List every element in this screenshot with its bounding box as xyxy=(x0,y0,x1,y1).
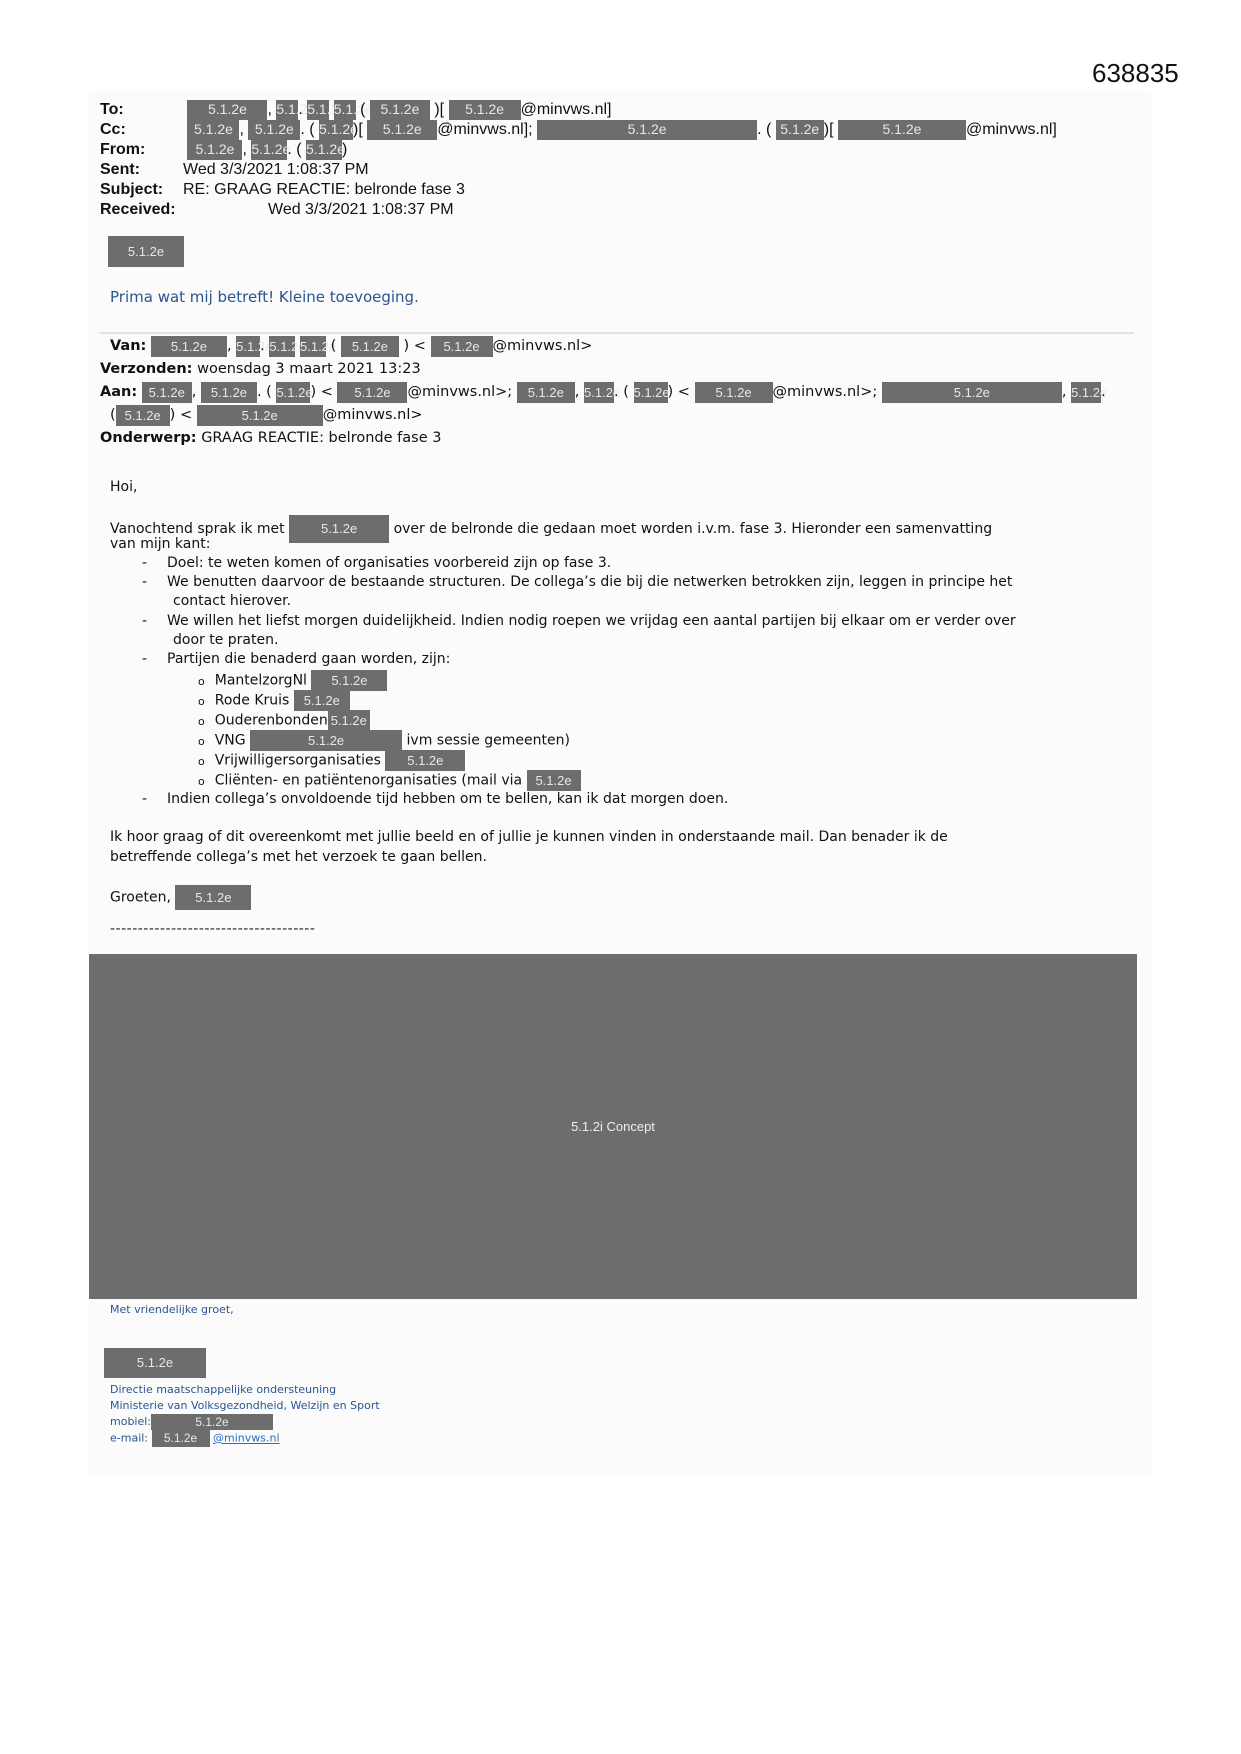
redaction: 5.1.2e xyxy=(142,382,192,403)
fwd-onderwerp: Onderwerp: GRAAG REACTIE: belronde fase … xyxy=(100,427,441,450)
bullet-text: contact hierover. xyxy=(173,592,291,612)
redaction: 5.1.2e xyxy=(584,382,614,403)
bullet-text: Indien collega’s onvoldoende tijd hebben… xyxy=(167,790,728,810)
subject-label: Subject: xyxy=(100,180,183,200)
header-sent: Sent:Wed 3/3/2021 1:08:37 PM xyxy=(100,160,369,180)
bullet-text: We benutten daarvoor de bestaande struct… xyxy=(167,573,1012,593)
redaction: 5.1.2e xyxy=(187,120,239,140)
redaction: 5.1.2e xyxy=(527,770,581,791)
intro-text: over de belronde die gedaan moet worden … xyxy=(394,521,993,537)
sig-department: Directie maatschappelijke ondersteuning xyxy=(110,1382,336,1398)
redaction: 5.1.2e xyxy=(197,405,323,426)
closing-line2: betreffende collega’s met het verzoek te… xyxy=(110,848,487,868)
bullet-text: Doel: te weten komen of organisaties voo… xyxy=(167,554,611,574)
redaction: 5.1.2e xyxy=(1071,382,1101,403)
concept-redaction-label: 5.1.2i Concept xyxy=(571,1119,655,1134)
redaction: 5.1.2e xyxy=(537,120,757,140)
address: @minvws.nl> xyxy=(323,407,423,423)
regards-text: Groeten, xyxy=(110,890,171,906)
sig-email: e-mail: 5.1.2e @minvws.nl xyxy=(110,1430,280,1447)
party-note: ivm sessie gemeenten) xyxy=(407,733,570,749)
bullet-dash: - xyxy=(142,554,147,574)
bullet-text: Partijen die benaderd gaan worden, zijn: xyxy=(167,650,450,670)
bullet-text: door te praten. xyxy=(173,631,278,651)
onderwerp-label: Onderwerp: xyxy=(100,430,197,446)
redaction: 5.1.2e xyxy=(328,710,370,731)
mobile-label: mobiel: xyxy=(110,1415,151,1428)
redaction: 5.1.2e xyxy=(300,336,326,357)
redaction: 5.1.2e xyxy=(311,670,387,691)
redaction: 5.1.2e xyxy=(838,120,966,140)
redaction: 5.1.2e xyxy=(367,120,437,140)
redaction: 5.1.2e xyxy=(385,750,465,771)
redaction: 5.1.2e xyxy=(151,336,227,357)
address: @minvws.nl> xyxy=(493,338,593,354)
party-name: Cliënten- en patiëntenorganisaties (mail… xyxy=(215,773,522,789)
redaction: 5.1.2e xyxy=(319,120,353,140)
redaction: 5.1.2e xyxy=(289,515,389,543)
redaction: 5.1.2e xyxy=(341,336,399,357)
party-name: MantelzorgNl xyxy=(215,673,307,689)
received-label: Received: xyxy=(100,200,268,220)
intro-line2: van mijn kant: xyxy=(110,535,210,555)
redaction: 5.1.2e xyxy=(431,336,493,357)
closing-line1: Ik hoor graag of dit overeenkomt met jul… xyxy=(110,828,948,848)
header-cc: Cc: 5.1.2e, 5.1.2e. ( 5.1.2e)[ 5.1.2e@mi… xyxy=(100,120,1057,140)
redaction: 5.1.2e xyxy=(269,336,295,357)
party-item: oOuderenbonden5.1.2e xyxy=(198,710,370,731)
reply-text: Prima wat mij betreft! Kleine toevoeging… xyxy=(110,288,419,306)
redaction: 5.1.2e xyxy=(776,120,824,140)
fwd-verzonden: Verzonden: woensdag 3 maart 2021 13:23 xyxy=(100,358,421,381)
redaction: 5.1.2e xyxy=(449,100,521,120)
divider: ------------------------------------- xyxy=(110,920,315,940)
redaction: 5.1.2e xyxy=(187,140,242,160)
redaction: 5.1.2e xyxy=(248,120,300,140)
party-name: Rode Kruis xyxy=(215,693,290,709)
redaction-sender: 5.1.2e xyxy=(108,236,184,267)
regards: Groeten, 5.1.2e xyxy=(110,885,251,910)
domain: @minvws.nl] xyxy=(966,121,1057,138)
cc-label: Cc: xyxy=(100,120,183,140)
redaction: 5.1.2e xyxy=(276,382,310,403)
redaction: 5.1.2e xyxy=(882,382,1062,403)
greeting: Hoi, xyxy=(110,478,137,498)
redaction: 5.1.2e xyxy=(175,885,251,910)
email-label: e-mail: xyxy=(110,1432,148,1445)
fwd-aan: Aan: 5.1.2e, 5.1.2e. ( 5.1.2e) < 5.1.2e@… xyxy=(100,381,1106,404)
party-item: oMantelzorgNl 5.1.2e xyxy=(198,670,387,691)
redaction: 5.1.2e xyxy=(201,382,257,403)
domain: @minvws.nl]; xyxy=(437,121,532,138)
received-value: Wed 3/3/2021 1:08:37 PM xyxy=(268,201,454,218)
redaction: 5.1.2e xyxy=(634,382,668,403)
redaction: 5.1.2e xyxy=(370,100,430,120)
party-name: Vrijwilligersorganisaties xyxy=(215,753,381,769)
redaction: 5.1.2e xyxy=(116,405,170,426)
bullet-dash: - xyxy=(142,612,147,632)
separator xyxy=(100,332,1134,334)
sent-value: Wed 3/3/2021 1:08:37 PM xyxy=(183,161,369,178)
van-label: Van: xyxy=(110,338,146,354)
bullet-dash: - xyxy=(142,573,147,593)
aan-label: Aan: xyxy=(100,384,137,400)
redaction: 5.1.2e xyxy=(250,730,402,751)
party-item: oCliënten- en patiëntenorganisaties (mai… xyxy=(198,770,581,791)
party-item: oRode Kruis 5.1.2e xyxy=(198,690,350,711)
header-from: From: 5.1.2e, 5.1.2e. ( 5.1.2e) xyxy=(100,140,347,160)
domain: @minvws.nl] xyxy=(521,101,612,118)
redaction: 5.1.2e xyxy=(251,140,287,160)
redaction: 5.1.2e xyxy=(334,100,356,120)
redaction: 5.1.2e xyxy=(236,336,260,357)
document-number: 638835 xyxy=(1092,58,1179,89)
header-to: To: 5.1.2e, 5.1.2e. 5.1.2e 5.1.2e ( 5.1.… xyxy=(100,100,612,120)
redaction: 5.1.2e xyxy=(695,382,773,403)
party-item: oVrijwilligersorganisaties 5.1.2e xyxy=(198,750,465,771)
party-name: VNG xyxy=(215,733,246,749)
verzonden-value: woensdag 3 maart 2021 13:23 xyxy=(197,361,421,377)
redaction: 5.1.2e xyxy=(307,100,329,120)
redaction: 5.1.2e xyxy=(152,1430,210,1447)
bullet-text: We willen het liefst morgen duidelijkhei… xyxy=(167,612,1016,632)
redaction: 5.1.2e xyxy=(276,100,298,120)
address: @minvws.nl>; xyxy=(407,384,512,400)
address: @minvws.nl>; xyxy=(773,384,878,400)
redaction: 5.1.2e xyxy=(151,1414,273,1430)
redaction: 5.1.2e xyxy=(337,382,407,403)
redaction: 5.1.2e xyxy=(517,382,575,403)
bullet-dash: - xyxy=(142,790,147,810)
onderwerp-value: GRAAG REACTIE: belronde fase 3 xyxy=(201,430,441,446)
sig-mobile: mobiel:5.1.2e xyxy=(110,1414,273,1430)
party-name: Ouderenbonden xyxy=(215,713,328,729)
concept-redaction: 5.1.2i Concept xyxy=(89,954,1137,1299)
email-link[interactable]: @minvws.nl xyxy=(213,1432,280,1445)
redaction: 5.1.2e xyxy=(306,140,342,160)
sent-label: Sent: xyxy=(100,160,183,180)
verzonden-label: Verzonden: xyxy=(100,361,192,377)
sig-ministry: Ministerie van Volksgezondheid, Welzijn … xyxy=(110,1398,380,1414)
header-received: Received:Wed 3/3/2021 1:08:37 PM xyxy=(100,200,454,220)
from-label: From: xyxy=(100,140,183,160)
to-label: To: xyxy=(100,100,183,120)
redaction-sig-name: 5.1.2e xyxy=(104,1348,206,1378)
bullet-dash: - xyxy=(142,650,147,670)
party-item: oVNG 5.1.2e ivm sessie gemeenten) xyxy=(198,730,570,751)
fwd-van: Van: 5.1.2e, 5.1.2e. 5.1.2e 5.1.2e ( 5.1… xyxy=(110,335,592,358)
redaction: 5.1.2e xyxy=(294,690,350,711)
fwd-aan-cont: (5.1.2e) < 5.1.2e@minvws.nl> xyxy=(110,404,423,427)
header-subject: Subject:RE: GRAAG REACTIE: belronde fase… xyxy=(100,180,465,200)
subject-value: RE: GRAAG REACTIE: belronde fase 3 xyxy=(183,181,465,198)
intro-line1: Vanochtend sprak ik met 5.1.2e over de b… xyxy=(110,515,992,543)
redaction: 5.1.2e xyxy=(187,100,267,120)
sig-greeting: Met vriendelijke groet, xyxy=(110,1302,234,1318)
